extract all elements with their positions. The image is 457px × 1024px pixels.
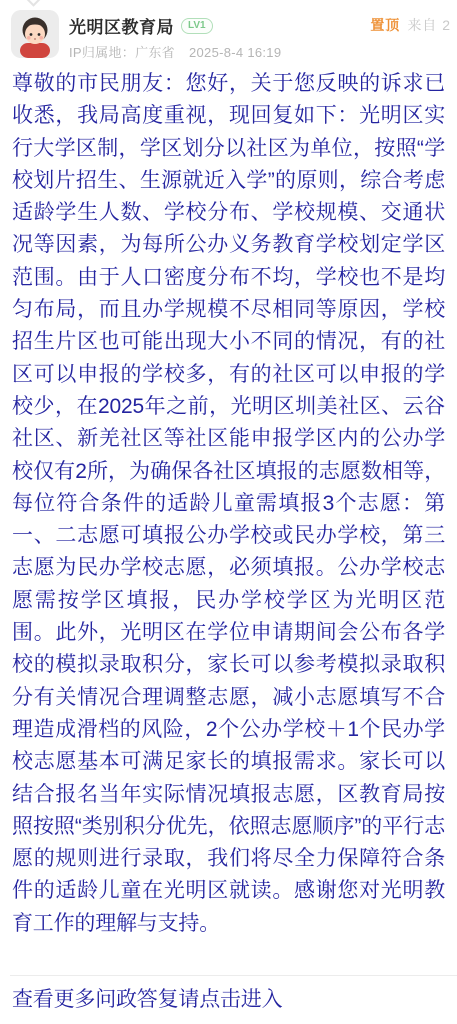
reply-card: 光明区教育局 LV1 IP归属地：广东省2025-8-4 16:19 置顶来自 … — [0, 0, 457, 1024]
source-label: 来自 2 — [407, 17, 451, 33]
username[interactable]: 光明区教育局 — [69, 13, 174, 38]
pinned-badge: 置顶 — [370, 17, 400, 33]
meta-row: IP归属地：广东省2025-8-4 16:19 — [69, 42, 445, 61]
timestamp: 2025-8-4 16:19 — [189, 45, 281, 60]
reply-body-text: 尊敬的市民朋友：您好，关于您反映的诉求已收悉，我局高度重视，现回复如下：光明区实… — [12, 68, 445, 940]
avatar[interactable] — [11, 10, 59, 58]
boy-avatar-icon — [11, 10, 59, 58]
header-right-meta: 置顶来自 2 — [370, 15, 451, 35]
level-badge: LV1 — [181, 18, 213, 34]
footer-divider — [10, 975, 457, 976]
reply-header: 光明区教育局 LV1 IP归属地：广东省2025-8-4 16:19 置顶来自 … — [0, 0, 457, 60]
more-replies-link[interactable]: 查看更多问政答复请点击进入 — [12, 983, 282, 1013]
ip-location: IP归属地：广东省 — [69, 45, 175, 60]
